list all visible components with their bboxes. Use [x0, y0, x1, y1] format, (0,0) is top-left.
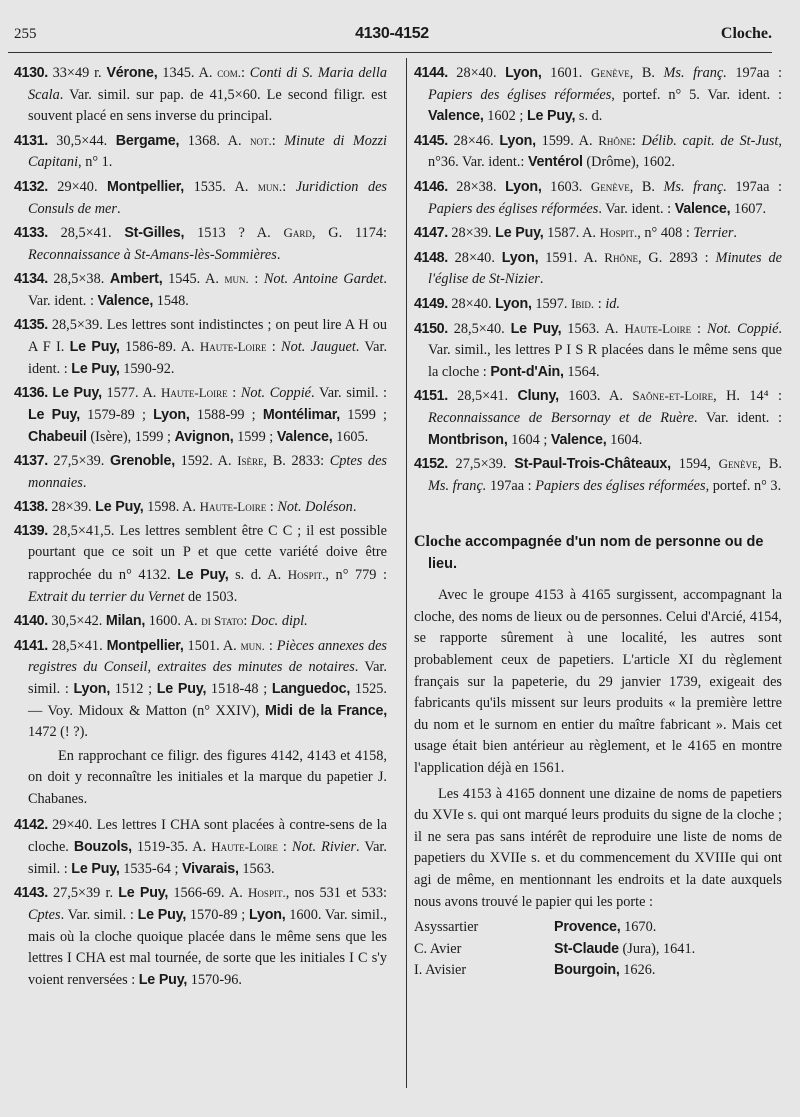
entry-text: 1518-48 ;	[206, 681, 272, 697]
entry-text: 1587. A.	[544, 225, 600, 241]
entry-text: :	[691, 321, 707, 337]
entry-text: 197aa :	[486, 478, 535, 494]
archive-name: Saône-et-Loire	[632, 388, 713, 403]
entry-text: 1591. A.	[538, 250, 604, 266]
entry-text: 1519-35. A.	[132, 839, 211, 855]
place-name: Le Puy,	[495, 225, 543, 241]
entry-text: :	[228, 385, 241, 401]
place-name: Ventérol	[528, 154, 583, 170]
place-name: Cluny,	[517, 388, 558, 404]
archive-name: mun.	[224, 271, 248, 286]
source-title: Reconnaissance à St-Amans-lès-Sommières	[28, 247, 277, 263]
place-name: Le Puy,	[70, 339, 120, 355]
place-name: Valence,	[428, 108, 484, 124]
entry-text: 1368. A.	[179, 133, 250, 149]
column-divider	[406, 58, 407, 1088]
entry-text: .	[277, 247, 281, 263]
entry-number: 4144.	[414, 65, 448, 81]
place-name: Montbrison,	[428, 432, 508, 448]
entry-text: .	[540, 271, 544, 287]
entry-text: , n° 779 :	[325, 567, 387, 583]
entry-text: 1592. A.	[175, 453, 237, 469]
papermaker-row: AsyssartierProvence, 1670.	[414, 917, 782, 939]
archive-name: di Stato	[201, 613, 243, 628]
source-title: Not. Jauguet	[281, 339, 356, 355]
entry-text: 30,5×44.	[48, 133, 116, 149]
entry-text: 27,5×39.	[48, 453, 110, 469]
place-name: St-Paul-Trois-Châteaux,	[514, 456, 671, 472]
entry-list: 4144. 28×40. Lyon, 1601. Genève, B. Ms. …	[414, 62, 782, 497]
place-name: Le Puy,	[118, 885, 168, 901]
entry-text: , B.	[630, 65, 664, 81]
entry-text: . Var. ident. :	[694, 410, 782, 426]
source-title: Not. Rivier	[292, 839, 356, 855]
entry-text: 1602 ;	[484, 108, 527, 124]
place-name: Lyon,	[74, 681, 111, 697]
entry-text: 1586-89. A.	[120, 339, 200, 355]
entry-text: , B.	[630, 179, 664, 195]
entry-text: , n° 408 :	[637, 225, 693, 241]
entry-text: , portef. n° 3.	[706, 478, 782, 494]
entry-text: :	[243, 613, 251, 629]
place-name: Valence,	[98, 293, 154, 309]
entry-text: 1472 (! ?).	[28, 724, 88, 740]
archive-name: Haute-Loire	[200, 499, 267, 514]
entry-text: 1597.	[532, 296, 571, 312]
entry-text: .	[733, 225, 737, 241]
papermaker-list: AsyssartierProvence, 1670.C. AvierSt-Cla…	[414, 917, 782, 982]
source-title: Terrier	[693, 225, 733, 241]
archive-name: Haute-Loire	[211, 839, 278, 854]
entry-text: .	[353, 499, 357, 515]
archive-name: Ibid.	[571, 296, 594, 311]
place-name: Lyon,	[495, 296, 532, 312]
place-name: Lyon,	[502, 250, 539, 266]
place-name: Lyon,	[249, 907, 286, 923]
catalog-entry: 4146. 28×38. Lyon, 1603. Genève, B. Ms. …	[414, 176, 782, 220]
source-title: Papiers des églises réformées	[535, 478, 705, 494]
catalog-entry: 4150. 28,5×40. Le Puy, 1563. A. Haute-Lo…	[414, 318, 782, 384]
entry-text: . Var. simil. :	[61, 907, 138, 923]
entry-text: . Var. ident. :	[598, 201, 674, 217]
entry-text: 1345. A.	[157, 65, 217, 81]
section-heading: Cloche accompagnée d'un nom de personne …	[414, 531, 782, 575]
place-name: Chabeuil	[28, 429, 87, 445]
archive-name: Genève	[591, 179, 630, 194]
catalog-entry: 4148. 28×40. Lyon, 1591. A. Rhône, G. 28…	[414, 247, 782, 291]
heading-text: accompagnée d'un nom de personne ou de l…	[428, 534, 763, 572]
right-column: 4144. 28×40. Lyon, 1601. Genève, B. Ms. …	[414, 62, 782, 982]
source-title: Ms. franç.	[664, 179, 727, 195]
entry-text: .	[83, 475, 87, 491]
papermaker-place: Bourgoin, 1626.	[554, 960, 782, 982]
catalog-entry: 4139. 28,5×41,5. Les lettres semblent êt…	[14, 521, 387, 608]
entry-text: 1501. A.	[184, 638, 241, 654]
entry-text: :	[278, 839, 292, 855]
source-title: Reconnaissance de Bersornay et de Ruère	[428, 410, 694, 426]
entry-text: 1545. A.	[163, 271, 225, 287]
catalog-entry: 4151. 28,5×41. Cluny, 1603. A. Saône-et-…	[414, 385, 782, 451]
entry-text: 28,5×41.	[48, 638, 107, 654]
place-name: Bergame,	[116, 133, 180, 149]
entry-text: . Var. simil. sur pap. de 41,5×60. Le se…	[28, 87, 387, 125]
place-name: Vérone,	[106, 65, 157, 81]
entry-text: , G. 1174:	[312, 225, 387, 241]
entry-text: . Var. simil. :	[311, 385, 387, 401]
catalog-entry: 4145. 28×46. Lyon, 1599. A. Rhône: Délib…	[414, 130, 782, 174]
entry-text: 1594,	[671, 456, 719, 472]
source-title: Cptes	[28, 907, 61, 923]
place-name: Montélimar,	[263, 407, 340, 423]
entry-text: 28×40.	[448, 65, 505, 81]
place-name: Vivarais,	[182, 861, 239, 877]
archive-name: mun.	[241, 638, 265, 653]
entry-number: 4145.	[414, 133, 448, 149]
entry-text: 1599 ;	[340, 407, 387, 423]
place-name: Le Puy,	[138, 907, 187, 923]
entry-number: 4131.	[14, 133, 48, 149]
entry-list: 4130. 33×49 r. Vérone, 1345. A. com.: Co…	[14, 62, 387, 744]
entry-number: 4149.	[414, 296, 448, 312]
entry-number: 4140.	[14, 613, 48, 629]
entry-number: 4142.	[14, 817, 48, 833]
entry-text: 1577. A.	[102, 385, 161, 401]
place-name: Le Puy,	[52, 385, 101, 401]
entry-text: 1599. A.	[536, 133, 598, 149]
entry-text: :	[632, 133, 642, 149]
source-title: Not. Coppié	[241, 385, 311, 401]
place-name: Montpellier,	[107, 179, 184, 195]
entry-text: 1607.	[730, 201, 766, 217]
source-title: Not. Doléson	[277, 499, 352, 515]
entry-text: 30,5×42.	[48, 613, 106, 629]
place-name: Valence,	[675, 201, 731, 217]
catalog-entry: 4144. 28×40. Lyon, 1601. Genève, B. Ms. …	[414, 62, 782, 128]
catalog-entry: 4142. 29×40. Les lettres I CHA sont plac…	[14, 815, 387, 881]
entry-text: 28,5×41.	[448, 388, 518, 404]
place-name: Le Puy,	[71, 361, 119, 377]
archive-name: not.	[250, 133, 272, 148]
place-name: Le Puy,	[28, 407, 80, 423]
entry-number: 4150.	[414, 321, 448, 337]
place-name: Languedoc,	[272, 681, 350, 697]
place-name: Le Puy,	[527, 108, 575, 124]
entry-number: 4133.	[14, 225, 48, 241]
page-header: 255 4130-4152 Cloche.	[12, 22, 772, 52]
entry-text: 1603.	[542, 179, 591, 195]
entry-text: 28,5×41.	[48, 225, 125, 241]
entry-text: 27,5×39 r.	[48, 885, 118, 901]
entry-text: 27,5×39.	[448, 456, 514, 472]
entry-text: , G. 2893 :	[638, 250, 716, 266]
place-name: Midi de la France,	[265, 703, 387, 719]
source-title: Ms. franç.	[664, 65, 727, 81]
entry-text: 1601.	[542, 65, 591, 81]
place-name: Le Puy,	[511, 321, 562, 337]
entry-text: 28×46.	[448, 133, 500, 149]
papermaker-row: I. AvisierBourgoin, 1626.	[414, 960, 782, 982]
body-paragraph: Avec le groupe 4153 à 4165 surgissent, a…	[414, 585, 782, 779]
entry-text: 1548.	[153, 293, 189, 309]
catalog-entry: 4134. 28,5×38. Ambert, 1545. A. mun. : N…	[14, 268, 387, 312]
entry-text: 1579-89 ;	[80, 407, 153, 423]
place-name: Lyon,	[153, 407, 190, 423]
place-name: Lyon,	[505, 179, 542, 195]
entry-text: 1570-96.	[187, 972, 242, 988]
source-title: Not. Antoine Gardet	[264, 271, 384, 287]
source-title: Extrait du terrier du Vernet	[28, 589, 184, 605]
archive-name: Hospit.	[248, 885, 286, 900]
entry-number: 4141.	[14, 638, 48, 654]
note-paragraph: En rapprochant ce filigr. des figures 41…	[14, 746, 387, 811]
entry-number: 4132.	[14, 179, 48, 195]
entry-text: , portef. n° 5. Var. ident. :	[611, 87, 782, 103]
catalog-entry: 4143. 27,5×39 r. Le Puy, 1566-69. A. Hos…	[14, 882, 387, 991]
entry-text: 28×39.	[48, 499, 95, 515]
papermaker-name: C. Avier	[414, 939, 554, 961]
source-title: Doc. dipl.	[251, 613, 308, 629]
archive-name: com.	[217, 65, 241, 80]
entry-number: 4139.	[14, 523, 48, 539]
entry-text: 28,5×40.	[448, 321, 511, 337]
entry-text: s. d.	[575, 108, 602, 124]
archive-name: mun.	[258, 179, 282, 194]
entry-text: 197aa :	[727, 179, 782, 195]
entry-number: 4138.	[14, 499, 48, 515]
place-name: Avignon,	[175, 429, 234, 445]
catalog-entry: 4133. 28,5×41. St-Gilles, 1513 ? A. Gard…	[14, 222, 387, 266]
papermaker-row: C. AvierSt-Claude (Jura), 1641.	[414, 939, 782, 961]
entry-text: 1598. A.	[144, 499, 200, 515]
entry-number: 4135.	[14, 317, 48, 333]
entry-text: de 1503.	[184, 589, 237, 605]
papermaker-name: Asyssartier	[414, 917, 554, 939]
entry-text: 1563. A.	[561, 321, 624, 337]
entry-text: :	[272, 133, 284, 149]
entry-text: 1535-64 ;	[120, 861, 182, 877]
place-name: Le Puy,	[177, 567, 228, 583]
entry-text: s. d. A.	[229, 567, 288, 583]
place-name: Le Puy,	[71, 861, 119, 877]
entry-number: 4137.	[14, 453, 48, 469]
archive-name: Genève	[591, 65, 630, 80]
entry-text: 1588-99 ;	[190, 407, 263, 423]
entry-text: 1604.	[607, 432, 643, 448]
archive-name: Hospit.	[288, 567, 326, 582]
archive-name: Haute-Loire	[200, 339, 267, 354]
catalog-entry: 4137. 27,5×39. Grenoble, 1592. A. Isère,…	[14, 450, 387, 494]
entry-number: 4143.	[14, 885, 48, 901]
archive-name: Genève	[719, 456, 758, 471]
archive-name: Gard	[284, 225, 312, 240]
entry-text: 28×38.	[448, 179, 505, 195]
entry-text: 1600. A.	[145, 613, 201, 629]
entry-text: , H. 14⁴ :	[713, 388, 782, 404]
entry-text: (Isère), 1599 ;	[87, 429, 175, 445]
entry-text: 1570-89 ;	[186, 907, 249, 923]
entry-text: , n° 1.	[78, 154, 112, 170]
catalog-entry: 4136. Le Puy, 1577. A. Haute-Loire : Not…	[14, 382, 387, 448]
entry-number: 4130.	[14, 65, 48, 81]
entry-text: 1563.	[239, 861, 275, 877]
entry-text: 28×40.	[448, 296, 495, 312]
entry-text: 197aa :	[727, 65, 782, 81]
entry-text: , B.	[758, 456, 782, 472]
entry-list: 4142. 29×40. Les lettres I CHA sont plac…	[14, 815, 387, 992]
place-name: Grenoble,	[110, 453, 175, 469]
body-paragraph: Les 4153 à 4165 donnent une dizaine de n…	[414, 784, 782, 914]
entry-number: 4146.	[414, 179, 448, 195]
entry-text: , B. 2833:	[264, 453, 330, 469]
source-title: Papiers des églises réformées	[428, 201, 598, 217]
papermaker-place: Provence, 1670.	[554, 917, 782, 939]
archive-name: Haute-Loire	[161, 385, 228, 400]
entry-number: 4136.	[14, 385, 48, 401]
entry-text: 1512 ;	[110, 681, 157, 697]
catalog-entry: 4132. 29×40. Montpellier, 1535. A. mun.:…	[14, 176, 387, 220]
entry-number: 4148.	[414, 250, 448, 266]
entry-text: :	[267, 339, 282, 355]
place-name: Le Puy,	[139, 972, 187, 988]
source-title: id.	[605, 296, 620, 312]
entry-text: :	[266, 499, 277, 515]
catalog-entry: 4138. 28×39. Le Puy, 1598. A. Haute-Loir…	[14, 496, 387, 519]
entry-text: 1605.	[333, 429, 369, 445]
source-title: Papiers des églises réformées	[428, 87, 611, 103]
place-name: Valence,	[551, 432, 607, 448]
entry-text: 29×40.	[48, 179, 107, 195]
place-name: Montpellier,	[107, 638, 184, 654]
entry-text: 1564.	[564, 364, 600, 380]
catalog-entry: 4140. 30,5×42. Milan, 1600. A. di Stato:…	[14, 610, 387, 633]
source-title: Not. Coppié	[707, 321, 778, 337]
header-rule	[8, 52, 772, 53]
entry-text: (Drôme), 1602.	[583, 154, 675, 170]
place-name: Bouzols,	[74, 839, 132, 855]
papermaker-place: St-Claude (Jura), 1641.	[554, 939, 782, 961]
entry-text: :	[594, 296, 605, 312]
catalog-entry: 4147. 28×39. Le Puy, 1587. A. Hospit., n…	[414, 222, 782, 245]
entry-text: , nos 531 et 533:	[286, 885, 387, 901]
place-name: St-Gilles,	[124, 225, 184, 241]
place-name: Pont-d'Ain,	[490, 364, 563, 380]
entry-text: :	[265, 638, 277, 654]
entry-text: 1599 ;	[234, 429, 277, 445]
section-title: Cloche.	[721, 25, 772, 43]
place-name: Milan,	[106, 613, 145, 629]
heading-keyword: Cloche	[414, 533, 461, 550]
source-title: Délib. capit. de St-Just	[642, 133, 779, 149]
archive-name: Isère	[237, 453, 263, 468]
entry-text: 28×39.	[448, 225, 495, 241]
catalog-entry: 4135. 28,5×39. Les lettres sont indistin…	[14, 315, 387, 381]
entry-text: 28,5×38.	[48, 271, 110, 287]
entry-text: 28×40.	[448, 250, 502, 266]
entry-text: 1604 ;	[508, 432, 551, 448]
place-name: Lyon,	[505, 65, 542, 81]
entry-text: 1566-69. A.	[168, 885, 248, 901]
entry-text: .	[117, 201, 121, 217]
left-column: 4130. 33×49 r. Vérone, 1345. A. com.: Co…	[14, 62, 387, 993]
archive-name: Hospit.	[600, 225, 638, 240]
entry-text: :	[241, 65, 250, 81]
catalog-entry: 4131. 30,5×44. Bergame, 1368. A. not.: M…	[14, 130, 387, 174]
place-name: Le Puy,	[95, 499, 143, 515]
entry-number: 4134.	[14, 271, 48, 287]
entry-text: 1603. A.	[559, 388, 632, 404]
entry-number: 4151.	[414, 388, 448, 404]
catalog-entry: 4149. 28×40. Lyon, 1597. Ibid. : id.	[414, 293, 782, 316]
entry-range: 4130-4152	[12, 25, 772, 43]
catalog-entry: 4130. 33×49 r. Vérone, 1345. A. com.: Co…	[14, 62, 387, 128]
entry-text: :	[249, 271, 264, 287]
catalog-entry: 4141. 28,5×41. Montpellier, 1501. A. mun…	[14, 635, 387, 744]
archive-name: Rhône	[598, 133, 632, 148]
place-name: Lyon,	[499, 133, 536, 149]
place-name: Valence,	[277, 429, 333, 445]
entry-number: 4147.	[414, 225, 448, 241]
archive-name: Haute-Loire	[624, 321, 691, 336]
entry-text: 33×49 r.	[48, 65, 107, 81]
entry-text: 1535. A.	[184, 179, 258, 195]
entry-text: 1590-92.	[120, 361, 175, 377]
catalog-entry: 4152. 27,5×39. St-Paul-Trois-Châteaux, 1…	[414, 453, 782, 497]
papermaker-name: I. Avisier	[414, 960, 554, 982]
source-title: Ms. franç.	[428, 478, 486, 494]
entry-text: 1513 ? A.	[184, 225, 283, 241]
archive-name: Rhône	[604, 250, 638, 265]
entry-number: 4152.	[414, 456, 448, 472]
entry-text: :	[282, 179, 296, 195]
place-name: Le Puy,	[157, 681, 207, 697]
place-name: Ambert,	[110, 271, 163, 287]
